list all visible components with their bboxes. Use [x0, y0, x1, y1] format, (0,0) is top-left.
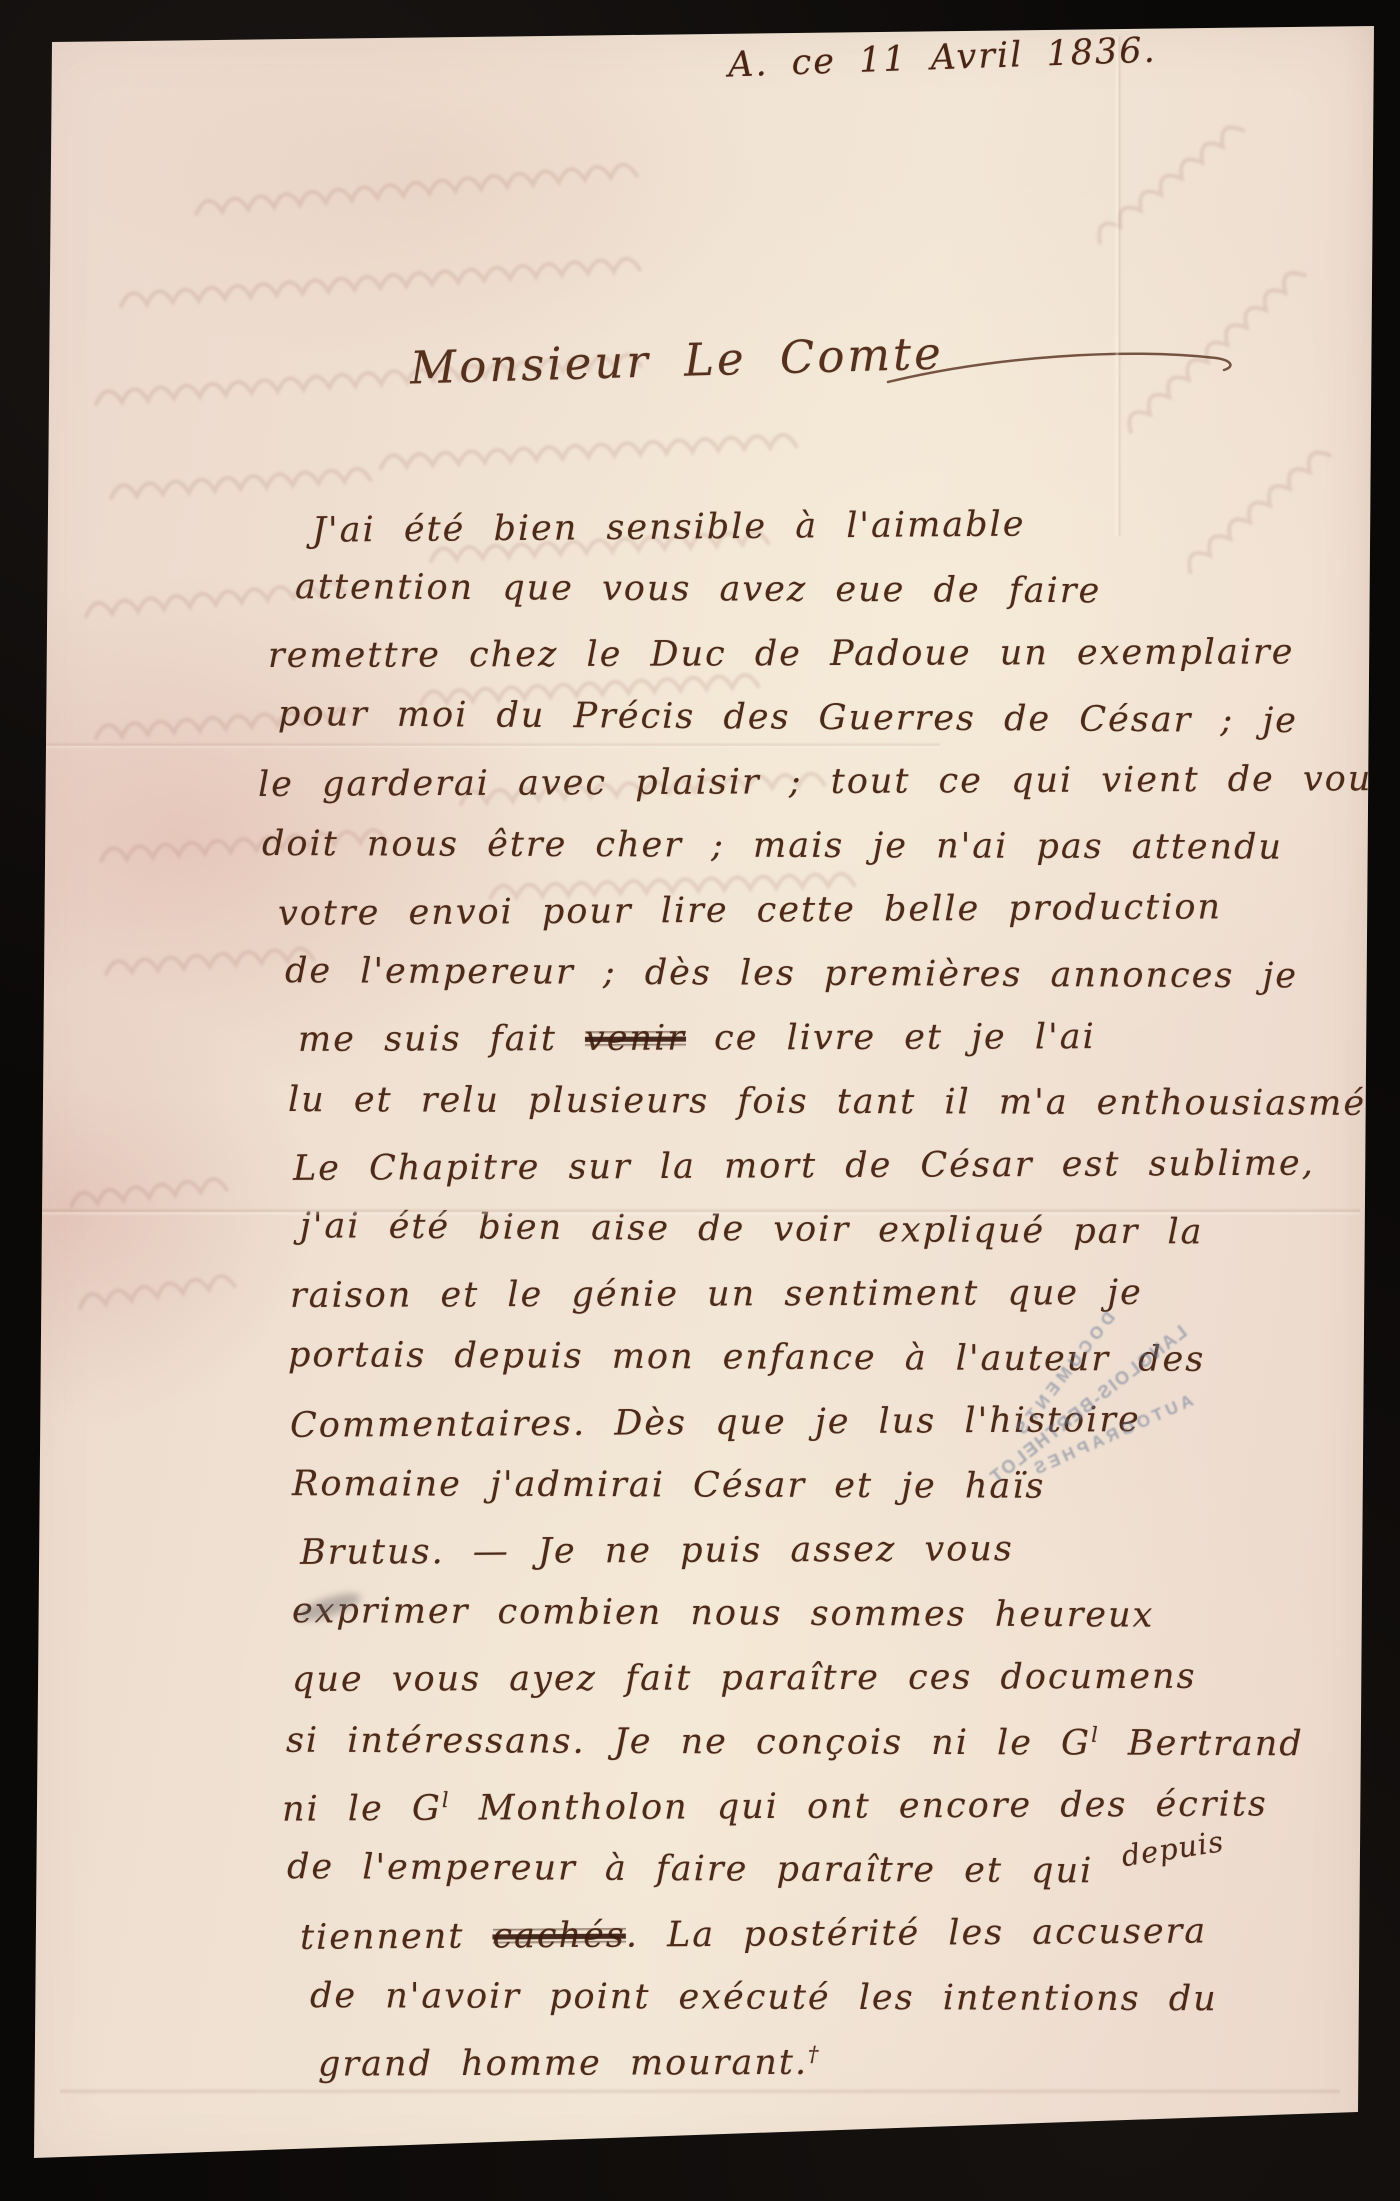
- salutation: Monsieur Le Comte: [409, 327, 944, 395]
- letter-text-segment: . La postérité les accusera: [626, 1912, 1208, 1956]
- letter-line: me suis fait venir ce livre et je l'ai: [298, 1016, 1400, 1060]
- letter-line: exprimer combien nous sommes heureux: [292, 1591, 1400, 1637]
- letter-line: attention que vous avez eue de faire: [295, 567, 1400, 613]
- letter-text-segment: J'ai été bien sensible à l'aimable: [312, 505, 1026, 551]
- letter-line: doit nous être cher ; mais je n'ai pas a…: [262, 824, 1400, 868]
- letter-line: lu et relu plusieurs fois tant il m'a en…: [288, 1080, 1400, 1124]
- letter-text-segment: de l'empereur à faire paraître et qui: [287, 1847, 1122, 1891]
- paper-fold-crease: [1114, 36, 1122, 536]
- letter-line: votre envoi pour lire cette belle produc…: [278, 886, 1400, 934]
- letter-text-segment: le garderai avec plaisir ; tout ce qui v…: [258, 759, 1393, 805]
- letter-text-segment: pour moi du Précis des Guerres de César …: [278, 694, 1298, 741]
- letter-text-segment: ce livre et je l'ai: [686, 1017, 1096, 1058]
- letter-line: de n'avoir point exécuté les intentions …: [310, 1976, 1400, 2020]
- ghost-writing-stroke: [380, 434, 796, 468]
- letter-line: remettre chez le Duc de Padoue un exempl…: [268, 632, 1400, 676]
- letter-text-segment: †: [808, 2042, 821, 2066]
- letter-line: Brutus. — Je ne puis assez vous: [300, 1527, 1400, 1573]
- letter-line: grand homme mourant.†: [318, 2040, 1400, 2084]
- letter-text-segment: Brutus. — Je ne puis assez vous: [300, 1529, 1014, 1573]
- letter-text-segment: cachés: [492, 1916, 626, 1957]
- letter-line: Romaine j'admirai César et je haïs: [292, 1464, 1400, 1508]
- letter-text-segment: Romaine j'admirai César et je haïs: [292, 1464, 1046, 1507]
- letter-text-segment: tiennent: [300, 1916, 493, 1957]
- letter-text-segment: me suis fait: [298, 1019, 585, 1060]
- letter-text-segment: de n'avoir point exécuté les intentions …: [310, 1976, 1218, 2019]
- letter-line: de l'empereur à faire paraître et qui de…: [287, 1847, 1400, 1893]
- letter-line: ni le Gl Montholon qui ont encore des éc…: [282, 1783, 1400, 1829]
- letter-text-segment: Commentaires. Dès que je lus l'histoire: [290, 1400, 1141, 1446]
- letter-text-segment: l: [442, 1788, 451, 1812]
- letter-text-segment: attention que vous avez eue de faire: [295, 567, 1101, 611]
- letter-line: j'ai été bien aise de voir expliqué par …: [300, 1206, 1400, 1254]
- letter-text-segment: de l'empereur ; dès les premières annonc…: [285, 951, 1298, 996]
- letter-text-segment: lu et relu plusieurs fois tant il m'a en…: [288, 1080, 1379, 1124]
- letter-text-segment: venir: [585, 1019, 686, 1059]
- scanned-letter-page: { "letter": { "date_line": "A. ce 11 Avr…: [0, 0, 1400, 2201]
- ghost-writing-stroke: [1092, 121, 1243, 243]
- letter-line: si intéressans. Je ne conçois ni le Gl B…: [286, 1720, 1400, 1764]
- letter-text-segment: Le Chapitre sur la mort de César est sub…: [293, 1144, 1315, 1189]
- letter-line: que vous ayez fait paraître ces documens: [292, 1656, 1400, 1700]
- letter-line: Commentaires. Dès que je lus l'histoire: [290, 1398, 1400, 1446]
- ghost-writing-stroke: [1123, 266, 1305, 431]
- letter-line: de l'empereur ; dès les premières annonc…: [285, 951, 1400, 997]
- letter-text-segment: exprimer combien nous sommes heureux: [292, 1591, 1155, 1636]
- letter-body: J'ai été bien sensible à l'aimableattent…: [0, 506, 1400, 2106]
- letter-text-segment: portais depuis mon enfance à l'auteur de…: [288, 1335, 1205, 1380]
- letter-text-segment: grand homme mourant.: [318, 2043, 808, 2085]
- letter-text-segment: remettre chez le Duc de Padoue un exempl…: [268, 632, 1295, 676]
- letter-line: tiennent cachés. La postérité les accuse…: [300, 1910, 1400, 1958]
- letter-text-segment: raison et le génie un sentiment que je: [290, 1273, 1143, 1316]
- letter-text-segment: depuis: [1120, 1824, 1227, 1873]
- letter-text-segment: j'ai été bien aise de voir expliqué par …: [300, 1206, 1204, 1252]
- date-line: A. ce 11 Avril 1836.: [727, 31, 1157, 86]
- letter-text-segment: l: [1091, 1723, 1100, 1747]
- letter-paper: A. ce 11 Avril 1836. Monsieur Le Comte J…: [0, 0, 1400, 2201]
- ghost-writing-stroke: [195, 163, 636, 213]
- ghost-writing-stroke: [120, 258, 640, 306]
- letter-text-segment: Bertrand: [1100, 1724, 1304, 1765]
- letter-text-segment: si intéressans. Je ne conçois ni le G: [286, 1721, 1091, 1764]
- letter-line: portais depuis mon enfance à l'auteur de…: [288, 1335, 1400, 1381]
- letter-line: raison et le génie un sentiment que je: [290, 1272, 1400, 1316]
- letter-line: le garderai avec plaisir ; tout ce qui v…: [258, 759, 1400, 805]
- letter-text-segment: Montholon qui ont encore des écrits: [450, 1784, 1267, 1828]
- letter-text-segment: que vous ayez fait paraître ces documens: [292, 1657, 1197, 1700]
- ghost-writing-stroke: [110, 468, 370, 498]
- letter-text-segment: votre envoi pour lire cette belle produc…: [278, 887, 1222, 934]
- letter-text-segment: doit nous être cher ; mais je n'ai pas a…: [262, 824, 1283, 868]
- letter-line: pour moi du Précis des Guerres de César …: [278, 694, 1400, 742]
- letter-line: Le Chapitre sur la mort de César est sub…: [293, 1143, 1400, 1189]
- letter-line: J'ai été bien sensible à l'aimable: [312, 501, 1400, 550]
- letter-text-segment: ni le G: [282, 1789, 442, 1830]
